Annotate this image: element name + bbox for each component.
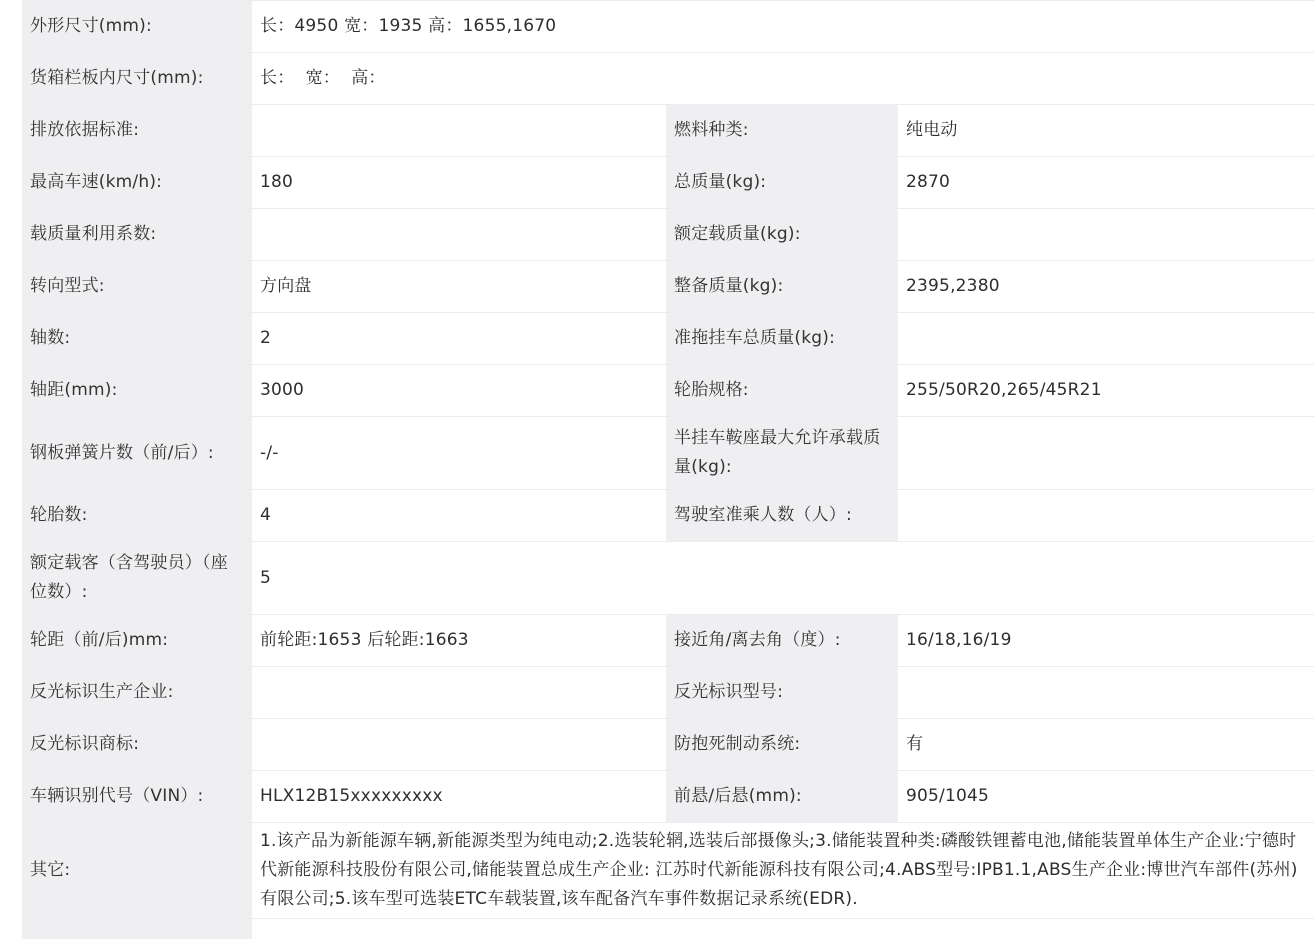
- value-rated-load: [898, 209, 1314, 260]
- label-leaf-springs: 钢板弹簧片数（前/后）:: [22, 417, 252, 489]
- label-rated-load: 额定载质量(kg):: [666, 209, 898, 260]
- value-reflector-manufacturer: [252, 667, 666, 718]
- value-wheelbase: 3000: [252, 365, 666, 416]
- value-abs: 有: [898, 719, 1314, 770]
- row-load-coefficient: 载质量利用系数: 额定载质量(kg):: [22, 209, 1314, 261]
- row-track-angles: 轮距（前/后)mm: 前轮距:1653 后轮距:1663 接近角/离去角（度）:…: [22, 615, 1314, 667]
- label-saddle-load: 半挂车鞍座最大允许承载质量(kg):: [666, 417, 898, 489]
- value-steering-type: 方向盘: [252, 261, 666, 312]
- label-overhang: 前悬/后悬(mm):: [666, 771, 898, 822]
- label-trailing: [22, 919, 252, 932]
- value-leaf-springs: -/-: [252, 417, 666, 489]
- row-springs-saddle: 钢板弹簧片数（前/后）: -/- 半挂车鞍座最大允许承载质量(kg):: [22, 417, 1314, 490]
- value-emission-standard: [252, 105, 666, 156]
- value-overall-dimensions: 长：4950 宽：1935 高：1655,1670: [252, 1, 1314, 52]
- label-steering-type: 转向型式:: [22, 261, 252, 312]
- row-tire-count-cab: 轮胎数: 4 驾驶室准乘人数（人）:: [22, 490, 1314, 542]
- value-trailer-mass: [898, 313, 1314, 364]
- label-max-speed: 最高车速(km/h):: [22, 157, 252, 208]
- value-track-width: 前轮距:1653 后轮距:1663: [252, 615, 666, 666]
- row-axles-trailer: 轴数: 2 准拖挂车总质量(kg):: [22, 313, 1314, 365]
- value-trailing: [252, 919, 1314, 932]
- value-overhang: 905/1045: [898, 771, 1314, 822]
- row-emission-fuel: 排放依据标准: 燃料种类: 纯电动: [22, 105, 1314, 157]
- value-curb-mass: 2395,2380: [898, 261, 1314, 312]
- label-curb-mass: 整备质量(kg):: [666, 261, 898, 312]
- value-load-utilization: [252, 209, 666, 260]
- label-emission-standard: 排放依据标准:: [22, 105, 252, 156]
- row-vin-overhang: 车辆识别代号（VIN）: HLX12B15xxxxxxxxx 前悬/后悬(mm)…: [22, 771, 1314, 823]
- label-axle-count: 轴数:: [22, 313, 252, 364]
- label-abs: 防抱死制动系统:: [666, 719, 898, 770]
- value-rated-passengers: 5: [252, 542, 1314, 614]
- value-tire-spec: 255/50R20,265/45R21: [898, 365, 1314, 416]
- value-total-mass: 2870: [898, 157, 1314, 208]
- value-saddle-load: [898, 417, 1314, 489]
- row-reflector-maker-model: 反光标识生产企业: 反光标识型号:: [22, 667, 1314, 719]
- label-total-mass: 总质量(kg):: [666, 157, 898, 208]
- value-tire-count: 4: [252, 490, 666, 541]
- row-other-notes: 其它: 1.该产品为新能源车辆,新能源类型为纯电动;2.选装轮辋,选装后部摄像头…: [22, 823, 1314, 919]
- label-approach-departure: 接近角/离去角（度）:: [666, 615, 898, 666]
- row-speed-mass: 最高车速(km/h): 180 总质量(kg): 2870: [22, 157, 1314, 209]
- label-cab-occupancy: 驾驶室准乘人数（人）:: [666, 490, 898, 541]
- label-reflector-brand: 反光标识商标:: [22, 719, 252, 770]
- label-track-width: 轮距（前/后)mm:: [22, 615, 252, 666]
- value-other-notes: 1.该产品为新能源车辆,新能源类型为纯电动;2.选装轮辋,选装后部摄像头;3.储…: [252, 823, 1314, 918]
- label-other: 其它:: [22, 823, 252, 918]
- row-reflector-brand-abs: 反光标识商标: 防抱死制动系统: 有: [22, 719, 1314, 771]
- value-reflector-brand: [252, 719, 666, 770]
- row-steering-curb: 转向型式: 方向盘 整备质量(kg): 2395,2380: [22, 261, 1314, 313]
- label-overall-dimensions: 外形尺寸(mm):: [22, 1, 252, 52]
- label-tire-spec: 轮胎规格:: [666, 365, 898, 416]
- row-overall-dimensions: 外形尺寸(mm): 长：4950 宽：1935 高：1655,1670: [22, 1, 1314, 53]
- label-reflector-model: 反光标识型号:: [666, 667, 898, 718]
- label-reflector-manufacturer: 反光标识生产企业:: [22, 667, 252, 718]
- value-approach-departure: 16/18,16/19: [898, 615, 1314, 666]
- value-cargo-box-dimensions: 长： 宽： 高：: [252, 53, 1314, 104]
- label-wheelbase: 轴距(mm):: [22, 365, 252, 416]
- row-rated-passengers: 额定载客（含驾驶员）（座位数）: 5: [22, 542, 1314, 615]
- label-cargo-box-dimensions: 货箱栏板内尺寸(mm):: [22, 53, 252, 104]
- label-tire-count: 轮胎数:: [22, 490, 252, 541]
- label-trailer-mass: 准拖挂车总质量(kg):: [666, 313, 898, 364]
- row-wheelbase-tires: 轴距(mm): 3000 轮胎规格: 255/50R20,265/45R21: [22, 365, 1314, 417]
- value-max-speed: 180: [252, 157, 666, 208]
- value-axle-count: 2: [252, 313, 666, 364]
- value-vin: HLX12B15xxxxxxxxx: [252, 771, 666, 822]
- value-fuel-type: 纯电动: [898, 105, 1314, 156]
- value-cab-occupancy: [898, 490, 1314, 541]
- row-cargo-box-dimensions: 货箱栏板内尺寸(mm): 长： 宽： 高：: [22, 53, 1314, 105]
- row-trailing: [22, 919, 1314, 932]
- label-vin: 车辆识别代号（VIN）:: [22, 771, 252, 822]
- value-reflector-model: [898, 667, 1314, 718]
- label-fuel-type: 燃料种类:: [666, 105, 898, 156]
- vehicle-spec-table: 外形尺寸(mm): 长：4950 宽：1935 高：1655,1670 货箱栏板…: [22, 0, 1314, 932]
- label-rated-passengers: 额定载客（含驾驶员）（座位数）:: [22, 542, 252, 614]
- label-load-utilization: 载质量利用系数:: [22, 209, 252, 260]
